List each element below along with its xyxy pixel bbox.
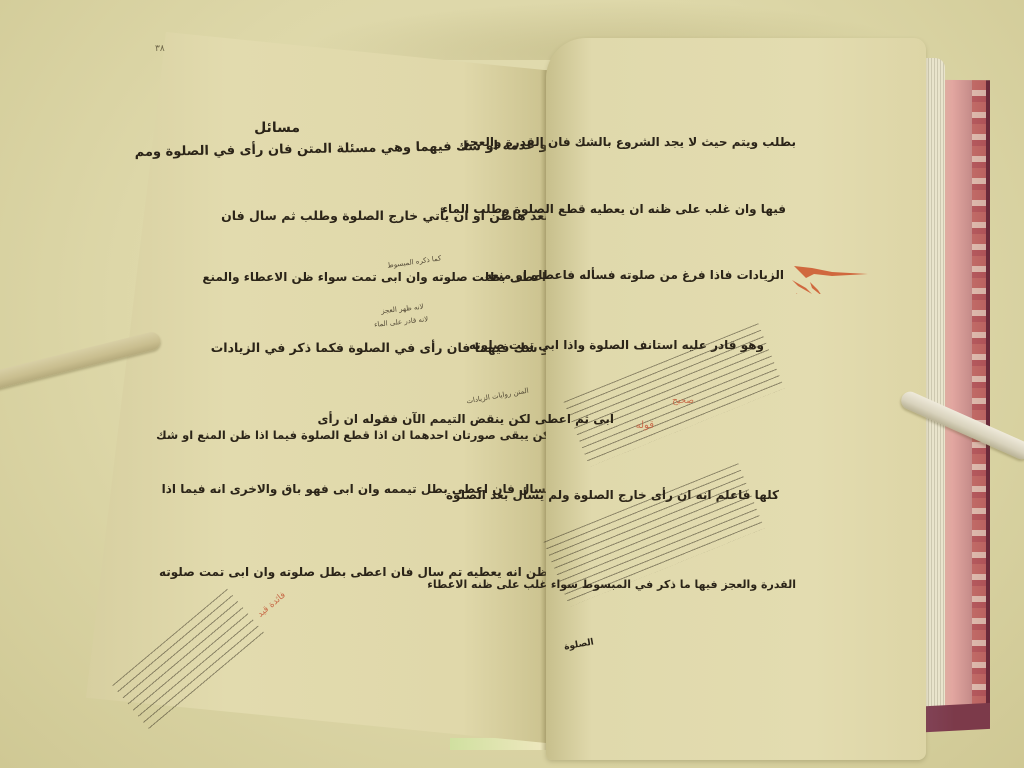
text-line: بطلب ويتم حيث لا يجد الشروع بالشك فان ال… [462,135,796,149]
rubric-word: قوله [636,420,654,431]
text-line: ظن انه يعطيه تم سال فان اعطى بطل صلوته و… [159,565,548,579]
rubric-word: صحيح [672,396,694,406]
red-ink-mark [792,264,872,294]
text-line: فيها وان غلب على ظنه ان يعطيه قطع الصلوة… [442,202,786,216]
section-heading: مسائل [254,120,300,136]
manuscript-photo: ٣٨ مسائل او عدمه او شك فيهما وهي مسئلة ا… [0,0,1024,768]
text-line: لكن يبقى صورتان احدهما ان اذا قطع الصلوة… [156,428,554,442]
folio-mark: ٣٨ [155,44,165,54]
text-line: الزيادات فاذا فرغ من صلوته فسأله فاعطاه … [485,268,784,282]
